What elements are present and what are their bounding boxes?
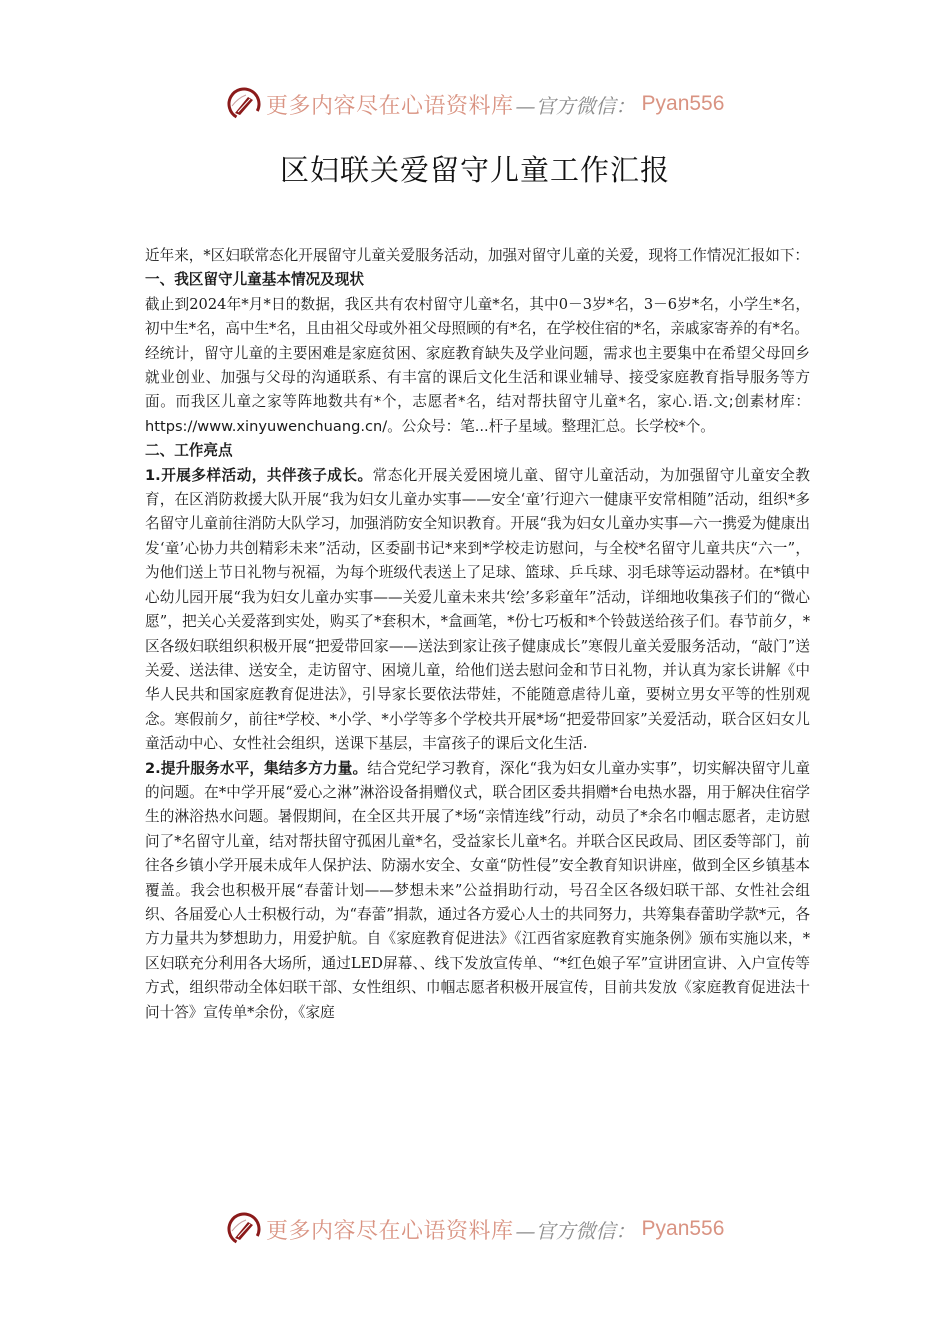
document-body: 近年来，*区妇联常态化开展留守儿童关爱服务活动，加强对留守儿童的关爱，现将工作情… (145, 244, 810, 1025)
section1-paragraph-2: 经统计，留守儿童的主要困难是家庭贫困、家庭教育缺失及学业问题，需求也主要集中在希… (145, 342, 810, 440)
watermark-wechat-label: —官方微信： (516, 90, 636, 119)
document-title: 区妇联关爱留守儿童工作汇报 (0, 148, 950, 189)
watermark-text: 更多内容尽在心语资料库 (266, 1214, 514, 1245)
item1-lead: 1.开展多样活动，共伴孩子成长。 (145, 467, 373, 484)
quill-pen-logo-icon (226, 86, 262, 122)
watermark-banner-bottom: 更多内容尽在心语资料库 —官方微信： Pyan556 (226, 1207, 726, 1251)
section-heading-2: 二、工作亮点 (145, 439, 810, 463)
watermark-wechat-label: —官方微信： (516, 1215, 636, 1244)
item2-lead: 2.提升服务水平，集结多方力量。 (145, 760, 367, 777)
section-heading-1: 一、我区留守儿童基本情况及现状 (145, 268, 810, 292)
watermark-banner-top: 更多内容尽在心语资料库 —官方微信： Pyan556 (226, 82, 726, 126)
section2-item-2: 2.提升服务水平，集结多方力量。结合党纪学习教育，深化“我为妇女儿童办实事”，切… (145, 757, 810, 1025)
intro-paragraph: 近年来，*区妇联常态化开展留守儿童关爱服务活动，加强对留守儿童的关爱，现将工作情… (145, 244, 810, 268)
document-page: 更多内容尽在心语资料库 —官方微信： Pyan556 区妇联关爱留守儿童工作汇报… (0, 0, 950, 1344)
watermark-wechat-id: Pyan556 (642, 92, 725, 116)
item1-text: 常态化开展关爱困境儿童、留守儿童活动，为加强留守儿童安全教育，在区消防救援大队开… (145, 467, 810, 752)
section2-item-1: 1.开展多样活动，共伴孩子成长。常态化开展关爱困境儿童、留守儿童活动，为加强留守… (145, 464, 810, 757)
watermark-wechat-id: Pyan556 (642, 1217, 725, 1241)
quill-pen-logo-icon (226, 1211, 262, 1247)
watermark-text: 更多内容尽在心语资料库 (266, 89, 514, 120)
item2-text: 结合党纪学习教育，深化“我为妇女儿童办实事”，切实解决留守儿童的问题。在*中学开… (145, 760, 810, 1021)
section1-paragraph-1: 截止到2024年*月*日的数据，我区共有农村留守儿童*名，其中0－3岁*名，3－… (145, 293, 810, 342)
